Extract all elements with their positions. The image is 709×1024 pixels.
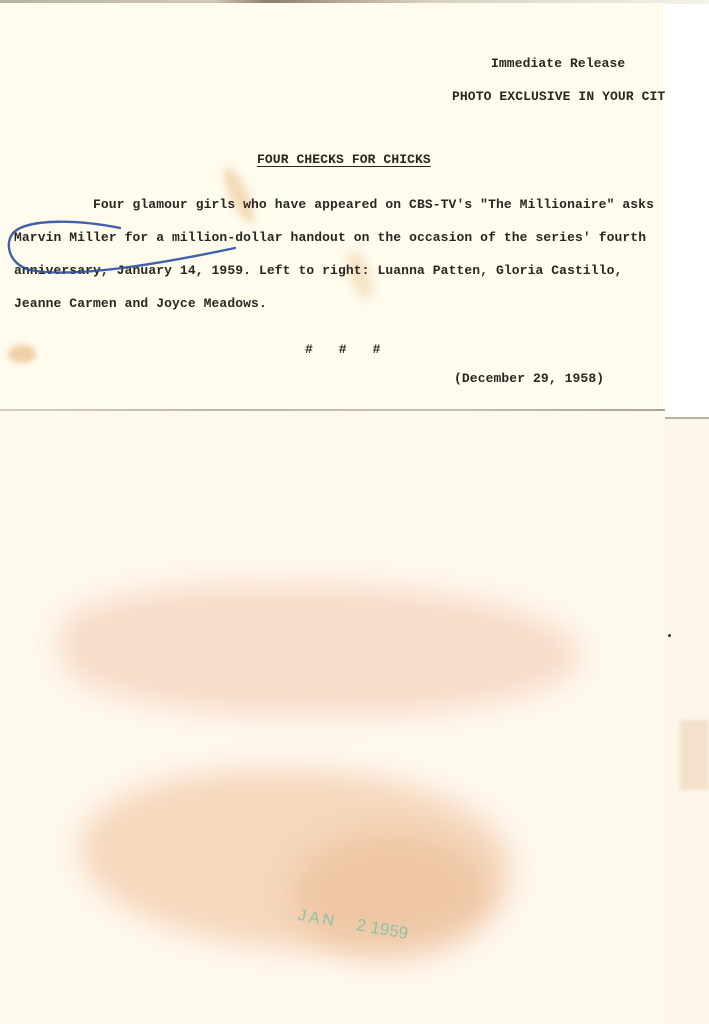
body-line-1: Four glamour girls who have appeared on … [93,197,654,212]
exclusive-label: PHOTO EXCLUSIVE IN YOUR CIT [452,89,665,104]
fold-line [0,409,665,411]
body-line-4: Jeanne Carmen and Joyce Meadows. [14,296,267,311]
dust-speck [668,634,671,637]
edge-stain [680,720,709,790]
headline: FOUR CHECKS FOR CHICKS [257,152,431,167]
end-marks: # # # [305,342,381,357]
release-date: (December 29, 1958) [454,371,604,386]
fold-line-edge [665,417,709,419]
body-line-2: Marvin Miller for a million-dollar hando… [14,230,646,245]
release-label: Immediate Release [491,56,625,71]
left-margin-stain [8,345,36,363]
body-line-3: anniversary, January 14, 1959. Left to r… [14,263,622,278]
